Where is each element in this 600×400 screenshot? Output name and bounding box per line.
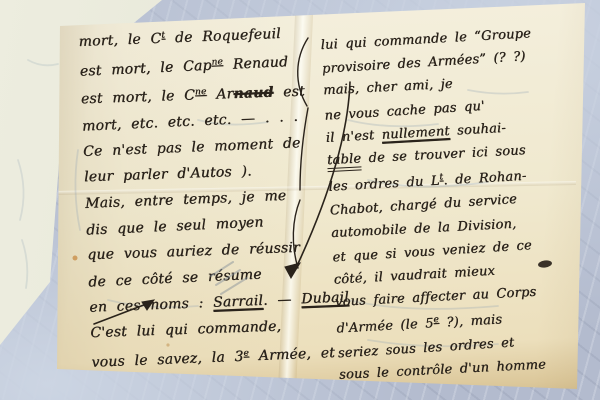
handwriting-segment: souhai- bbox=[449, 121, 506, 139]
handwriting-segment: Sarrail bbox=[213, 293, 264, 311]
handwriting-segment: est bbox=[273, 84, 305, 101]
handwriting-segment: nullement bbox=[381, 124, 450, 143]
handwriting-segment: naud bbox=[233, 85, 274, 102]
handwriting-segment: ne bbox=[195, 87, 207, 97]
handwriting-segment: Mais, entre temps, je me bbox=[85, 188, 287, 212]
letter-paper: mort, le Ct de Roquefeuilest mort, le Ca… bbox=[48, 0, 589, 396]
handwriting-segment: est mort, le Cap bbox=[79, 58, 212, 80]
handwriting-segment: Renaud bbox=[223, 54, 289, 73]
handwriting-segment: dis que le seul moyen bbox=[86, 214, 264, 238]
handwriting-segment: Ce n'est pas le moment de bbox=[83, 135, 301, 160]
handwriting-segment: mais, cher ami, je bbox=[323, 77, 453, 99]
handwriting-segment: de Roquefeuil bbox=[165, 26, 281, 47]
handwriting-segment: que vous auriez de réussir bbox=[87, 240, 300, 263]
handwriting-segment: ?), mais bbox=[439, 313, 503, 332]
handwriting-segment: il n'est bbox=[325, 128, 382, 146]
left-page: mort, le Ct de Roquefeuilest mort, le Ca… bbox=[78, 16, 332, 375]
left-lines: mort, le Ct de Roquefeuilest mort, le Ca… bbox=[78, 16, 332, 375]
handwriting-segment: Ar bbox=[206, 86, 233, 103]
handwriting-segment: vous le savez, la 3 bbox=[91, 349, 244, 371]
handwriting-segment: en ces noms : bbox=[89, 295, 213, 316]
handwriting-segment: d'Armée (le 5 bbox=[336, 317, 434, 337]
handwriting-segment: leur parler d'Autos ). bbox=[84, 163, 252, 185]
handwriting-segment: mort, le C bbox=[78, 31, 161, 50]
handwriting-segment: de ce côté se résume bbox=[88, 267, 262, 291]
handwriting-segment: de se trouver ici sous bbox=[361, 143, 526, 166]
handwriting-segment: C'est lui qui commande, bbox=[90, 318, 281, 341]
handwriting-segment: . de Rohan- bbox=[443, 169, 527, 189]
photo-background: mort, le Ct de Roquefeuilest mort, le Ca… bbox=[0, 0, 600, 400]
handwriting-segment: les ordres du L bbox=[328, 174, 440, 195]
right-lines: lui qui commande le “Groupeprovisoire de… bbox=[320, 19, 599, 387]
handwriting-segment: table bbox=[327, 151, 362, 172]
handwriting-segment: est mort, le C bbox=[81, 87, 196, 107]
handwriting-segment: mort, etc. etc. etc. — . . . bbox=[82, 109, 299, 135]
handwriting-segment: . — bbox=[263, 291, 302, 309]
handwriting-segment: Armée, et bbox=[249, 345, 335, 364]
right-page: lui qui commande le “Groupeprovisoire de… bbox=[320, 19, 599, 387]
